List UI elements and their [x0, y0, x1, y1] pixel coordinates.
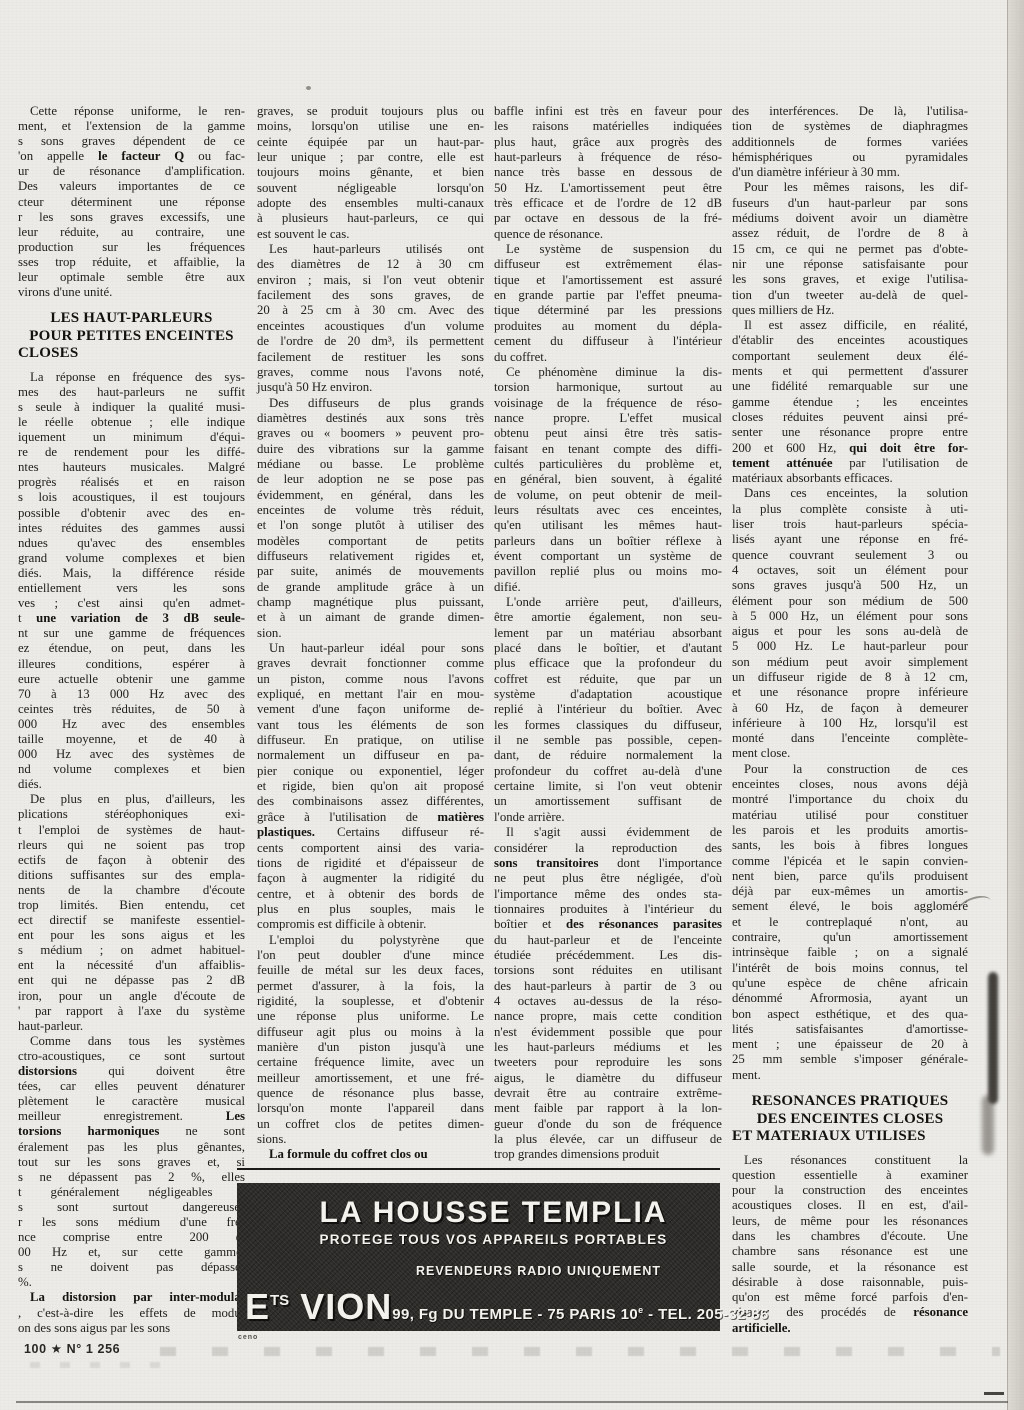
paragraph: Cette réponse uniforme, le ren-ment, et …: [18, 104, 245, 300]
paragraph: Un haut-parleur idéal pour sonsgraves de…: [257, 641, 484, 933]
scan-dash: [984, 1392, 1004, 1395]
section-heading: LES HAUT-PARLEURSPOUR PETITES ENCEINTESC…: [18, 310, 245, 363]
ad-address: 99, Fg DU TEMPLE - 75 PARIS 10e - TEL. 2…: [392, 1305, 769, 1323]
scan-bottom-line: [16, 1401, 1008, 1403]
paragraph: Des diffuseurs de plus grandsdiamètres d…: [257, 396, 484, 642]
paragraph: De plus en plus, d'ailleurs, lesplicatio…: [18, 792, 245, 1034]
paragraph: Ce phénomène diminue la dis-torsion harm…: [494, 365, 722, 595]
paragraph: La distorsion par inter-modula-, c'est-à…: [18, 1290, 245, 1335]
paragraph: graves, se produit toujours plus oumoins…: [257, 104, 484, 242]
ad-bottom-row: ETS VION 99, Fg DU TEMPLE - 75 PARIS 10e…: [245, 1289, 712, 1325]
magazine-page: Cette réponse uniforme, le ren-ment, et …: [0, 0, 1024, 1410]
scan-page-edge: [1007, 0, 1024, 1410]
paragraph: Comme dans tous les systèmesctro-acousti…: [18, 1034, 245, 1291]
ad-brand: ETS VION: [245, 1289, 392, 1325]
scan-smudges: [160, 1347, 1000, 1356]
scan-speck: [306, 86, 311, 90]
paragraph: La réponse en fréquence des sys-mes des …: [18, 370, 245, 793]
paragraph: Il s'agit aussi évidemment deconsidérer …: [494, 825, 722, 1163]
ad-title: LA HOUSSE TEMPLIA: [237, 1196, 720, 1230]
scan-smear: [982, 1095, 994, 1155]
ad-subtitle: PROTEGE TOUS VOS APPAREILS PORTABLES: [237, 1232, 720, 1247]
advertisement-top-rule: [237, 1168, 720, 1170]
paragraph: Les haut-parleurs utilisés ontdes diamèt…: [257, 242, 484, 395]
paragraph: Dans ces enceintes, la solutionla plus c…: [732, 486, 968, 761]
paragraph: L'onde arrière peut, d'ailleurs,être amo…: [494, 595, 722, 825]
article-column-2: graves, se produit toujours plus oumoins…: [257, 104, 484, 1163]
ad-note: REVENDEURS RADIO UNIQUEMENT: [357, 1264, 720, 1278]
scan-streak: [988, 972, 998, 1104]
paragraph: baffle infini est très en faveur pourles…: [494, 104, 722, 242]
ad-brand-superscript: TS: [270, 1292, 289, 1309]
paragraph: des interférences. De là, l'utilisa-tion…: [732, 104, 968, 180]
article-column-4: des interférences. De là, l'utilisa-tion…: [732, 104, 968, 1336]
section-heading: RESONANCES PRATIQUESDES ENCEINTES CLOSES…: [732, 1093, 968, 1146]
footer-issue-number: 100 ★ N° 1 256: [24, 1341, 120, 1356]
paragraph: Pour la construction de cesenceintes clo…: [732, 762, 968, 1083]
article-column-3: baffle infini est très en faveur pourles…: [494, 104, 722, 1163]
paragraph: Pour les mêmes raisons, les dif-fuseurs …: [732, 180, 968, 318]
ad-credit: ceno: [238, 1334, 258, 1341]
paragraph: Le système de suspension dudiffuseur est…: [494, 242, 722, 365]
article-column-1: Cette réponse uniforme, le ren-ment, et …: [18, 104, 245, 1336]
advertisement-templia: LA HOUSSE TEMPLIA PROTEGE TOUS VOS APPAR…: [237, 1183, 720, 1331]
paragraph: La formule du coffret clos ou: [257, 1147, 484, 1162]
paragraph: Il est assez difficile, en réalité,d'éta…: [732, 318, 968, 486]
scan-smudges: [30, 1362, 160, 1368]
paragraph: L'emploi du polystyrène quel'on peut dou…: [257, 933, 484, 1148]
